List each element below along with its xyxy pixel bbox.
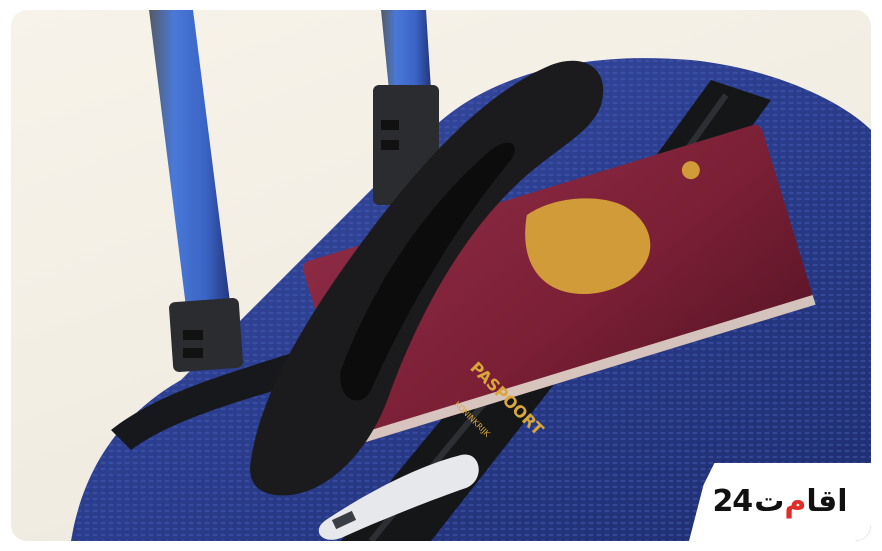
logo-qaf: قا [806,487,837,517]
logo-alef: ا [837,487,847,517]
right-rod [381,10,431,90]
suitcase-passport-photo: PASPOORT KONINKRIJK [11,10,871,541]
left-rod [149,10,231,315]
logo-mim-accent: م [784,487,806,517]
logo-tab: 24 ت م قا ا [689,463,871,541]
brand-logo[interactable]: 24 ت م قا ا [712,487,847,517]
logo-number: 24 [712,487,752,517]
logo-te: ت [754,487,784,517]
photo-card: PASPOORT KONINKRIJK 24 ت م قا ا [11,10,871,541]
